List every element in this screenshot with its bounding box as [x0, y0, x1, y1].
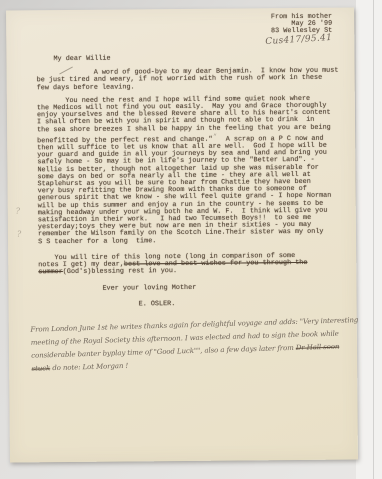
salutation: My dear Willie	[53, 54, 350, 64]
letter-body: My dear Willie A word of good-bye to my …	[36, 54, 352, 310]
closing: Ever your loving Mother	[102, 284, 352, 293]
scan-edge-strip	[356, 0, 382, 479]
text-line: S S teacher for a long time.	[38, 236, 352, 246]
margin-question-mark: ?	[16, 206, 20, 215]
handwritten-postscript: From London June 1st he writes thanks ag…	[30, 314, 361, 376]
scan-edge-line	[373, 0, 374, 479]
text-line: summer(God's)blessing rest in you.	[38, 267, 352, 277]
accession-number: Cus417/95.41	[265, 35, 332, 46]
text-line: few days before leaving.	[37, 82, 351, 92]
paragraph-2: You need the rest and I hope will find s…	[37, 95, 352, 246]
letter-header: From his mother May 26 '99 83 Wellesley …	[265, 14, 332, 44]
paragraph-3: You will tire of this long note (long in…	[38, 252, 352, 276]
document-page: From his mother May 26 '99 83 Wellesley …	[6, 7, 358, 462]
scan-background: { "colors": { "paper": "#ece4d0", "typed…	[0, 0, 382, 479]
signature: E. OSLER.	[139, 299, 353, 308]
margin-question-mark: ?	[17, 229, 21, 238]
paragraph-1: A word of good-bye to my dear Benjamin. …	[37, 68, 351, 92]
